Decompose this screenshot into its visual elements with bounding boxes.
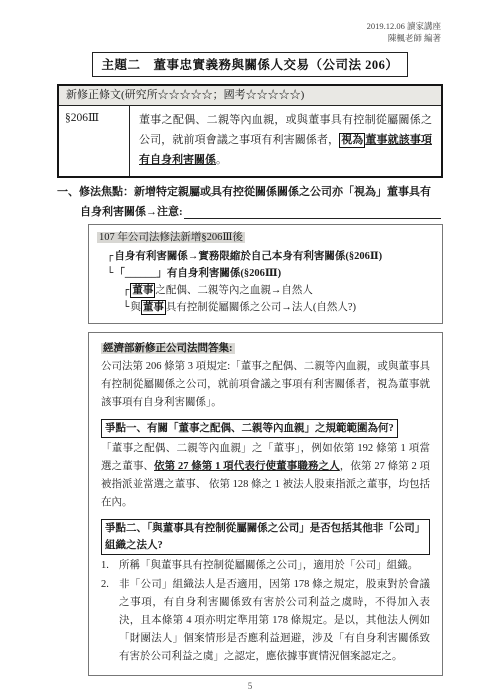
issue2-list-item-2: 2. 非「公司」組織法人是否適用，因第 178 條之規定，股東對於會議之事項，有…: [101, 576, 430, 666]
tree-branch-1-text: 自身有利害關係→實務限縮於自己本身有利害關係(§206Ⅱ): [114, 251, 382, 262]
tree-sub2-text: 具有控制從屬關係之公司→法人(自然人?): [166, 302, 356, 313]
tree-sub1-boxed-term: 董事: [130, 283, 155, 298]
section-heading-line1: 一、修法焦點：新增特定親屬或具有控從關係關係之公司亦「視為」董事具有: [57, 182, 443, 202]
list-item-1-text: 所稱「與董事具有控制從屬關係之公司」，適用於「公司」組織。: [119, 557, 430, 575]
meta-date-series: 2019.12.06 讀家講座: [57, 20, 441, 32]
document-page: 2019.12.06 讀家講座 陳楓老師 編著 主題二 董事忠實義務與關係人交易…: [0, 0, 494, 700]
amendment-tree-box: 107 年公司法修法新增§206Ⅲ後 ┌自身有利害關係→實務限縮於自己本身有利害…: [88, 224, 443, 324]
statute-body-text: 董事之配偶、二親等內血親，或與董事具有控制從屬關係之公司，就前項會議之事項有利害…: [130, 106, 441, 176]
qa-box-heading: 經濟部新修正公司法問答集:: [101, 340, 430, 358]
tree-branch-2: └「______」有自身利害關係(§206Ⅲ): [107, 265, 434, 282]
tree-box-heading: 107 年公司法修法新增§206Ⅲ後: [97, 229, 434, 246]
issue1-paragraph: 「董事之配偶、二親等內血親」之「董事」，例如依第 192 條第 1 項當選之董事…: [101, 440, 430, 512]
document-meta: 2019.12.06 讀家講座 陳楓老師 編著: [57, 20, 443, 44]
statute-body-post: 。: [216, 154, 227, 166]
issue1-text-emphasized: 依第 27 條第 1 項代表行使董事職務之人: [154, 461, 340, 472]
blank-underline: [184, 204, 441, 219]
tree-box-heading-highlight: 107 年公司法修法新增§206Ⅲ後: [97, 232, 245, 243]
list-item-1-number: 1.: [101, 557, 119, 575]
section-heading-line2: 自身利害關係→注意:: [80, 202, 443, 222]
section-heading-amendment-focus: 一、修法焦點：新增特定親屬或具有控從關係關係之公司亦「視為」董事具有 自身利害關…: [57, 182, 443, 222]
tree-branch-1: ┌自身有利害關係→實務限縮於自己本身有利害關係(§206Ⅱ): [107, 248, 434, 265]
tree-top-connector-icon: ┌: [107, 250, 113, 262]
tree-sub-branch-1: ┌董事之配偶、二親等內之血親→自然人: [123, 282, 434, 299]
list-item-2-number: 2.: [101, 576, 119, 666]
meta-author: 陳楓老師 編著: [57, 32, 441, 44]
statute-article-number: §206Ⅲ: [59, 106, 130, 176]
tree-bottom-connector-icon: └: [107, 267, 113, 279]
statute-table-header: 新修正條文(研究所☆☆☆☆☆；國考☆☆☆☆☆): [59, 86, 441, 106]
moea-qa-box: 經濟部新修正公司法問答集: 公司法第 206 條第 3 項規定:「董事之配偶、二…: [88, 332, 443, 676]
statute-table: 新修正條文(研究所☆☆☆☆☆；國考☆☆☆☆☆) §206Ⅲ 董事之配偶、二親等內…: [57, 84, 443, 178]
issue1-title: 爭點一、有關「董事之配偶、二親等內血親」之規範範圍為何?: [101, 419, 398, 438]
subtree-bottom-connector-icon: └: [123, 301, 129, 313]
qa-statute-quote-paragraph: 公司法第 206 條第 3 項規定:「董事之配偶、二親等內血親，或與董事具有控制…: [101, 358, 430, 412]
tree-sub-branch-2: └與董事具有控制從屬關係之公司→法人(自然人?): [123, 299, 434, 316]
subtree-top-connector-icon: ┌: [123, 284, 129, 296]
section-heading-line2-text: 自身利害關係→注意:: [80, 202, 183, 222]
issue2-title: 爭點二、「與董事具有控制從屬關係之公司」是否包括其他非「公司」組織之法人?: [101, 519, 430, 555]
tree-sub2-pre: 與: [130, 302, 141, 313]
interest-relation-tree: ┌自身有利害關係→實務限縮於自己本身有利害關係(§206Ⅱ) └「______」…: [107, 248, 434, 316]
page-title: 主題二 董事忠實義務與關係人交易（公司法 206）: [92, 52, 409, 77]
issue2-list-item-1: 1. 所稱「與董事具有控制從屬關係之公司」，適用於「公司」組織。: [101, 557, 430, 575]
list-item-2-text: 非「公司」組織法人是否適用，因第 178 條之規定，股東對於會議之事項，有自身利…: [119, 576, 430, 666]
tree-sub1-text: 之配偶、二親等內之血親→自然人: [155, 285, 313, 296]
tree-sub2-boxed-term: 董事: [141, 300, 166, 315]
statute-table-row: §206Ⅲ 董事之配偶、二親等內血親，或與董事具有控制從屬關係之公司，就前項會議…: [59, 106, 441, 176]
page-number: 5: [57, 681, 443, 691]
statute-body-boxed-term: 視為: [339, 133, 365, 148]
qa-box-heading-highlight: 經濟部新修正公司法問答集:: [101, 343, 235, 354]
tree-branch-2-text: 「______」有自身利害關係(§206Ⅲ): [114, 268, 281, 279]
